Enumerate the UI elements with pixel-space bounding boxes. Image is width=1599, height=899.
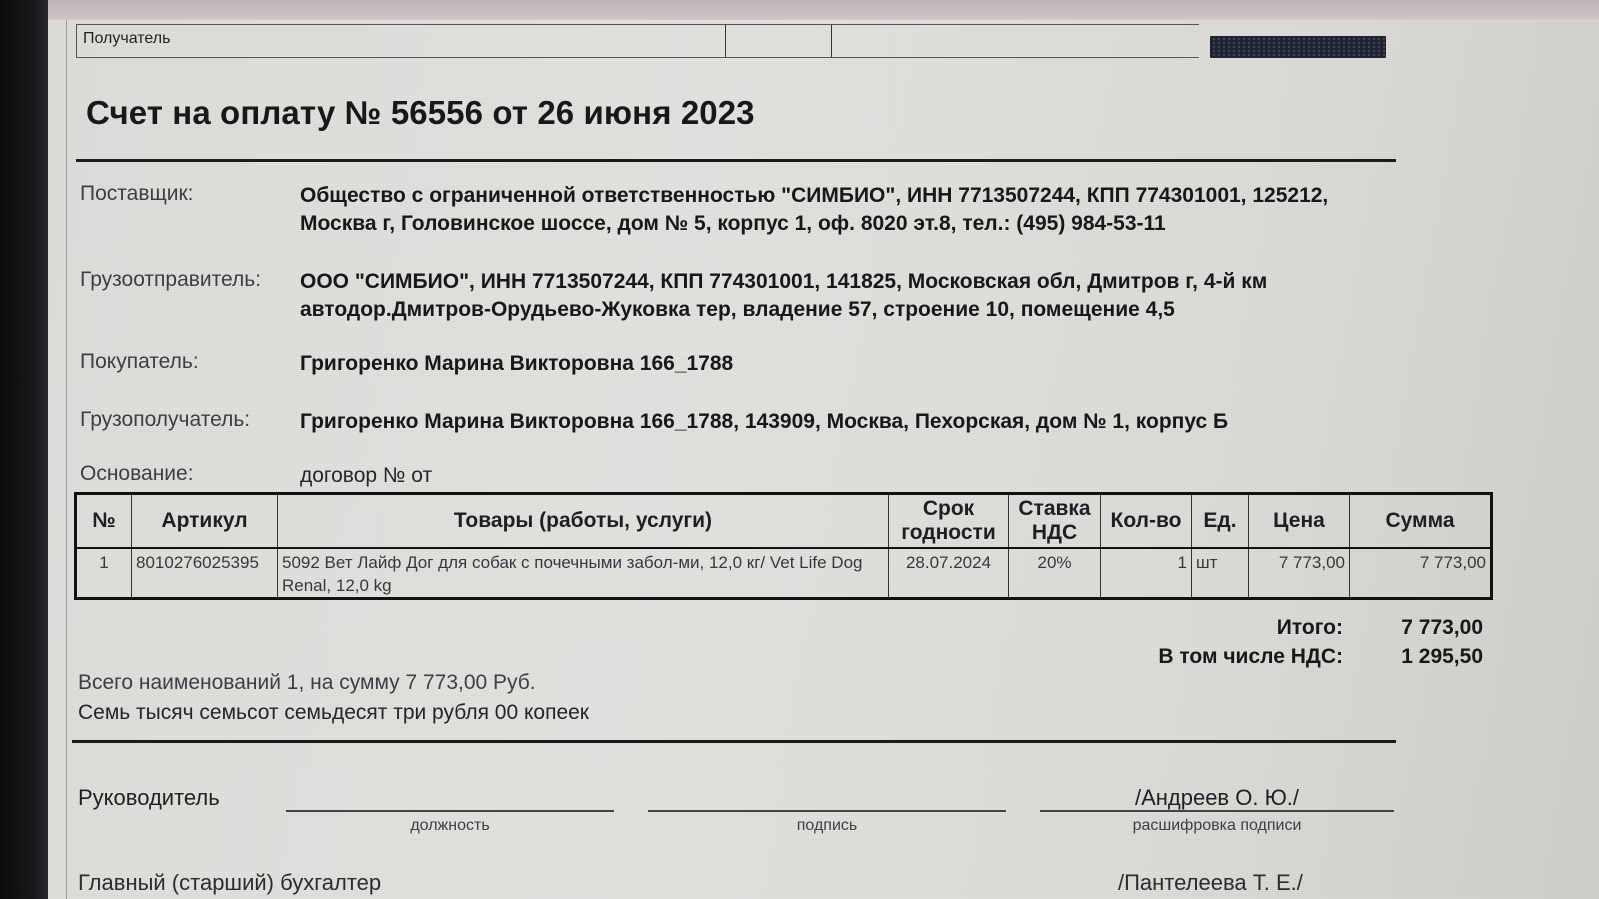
buyer-value: Григоренко Марина Викторовна 166_1788 (300, 350, 733, 378)
basis-value: договор № от (300, 462, 432, 490)
supplier-line-2: Москва г, Головинское шоссе, дом № 5, ко… (300, 210, 1328, 238)
recipient-cell: Получатель (77, 25, 726, 57)
recipient-label: Получатель (83, 30, 170, 48)
col-header-vat: Ставка НДС (1009, 494, 1101, 549)
vat-value: 1 295,50 (1348, 645, 1483, 675)
table-header-row: № Артикул Товары (работы, услуги) Срок г… (76, 494, 1492, 549)
summary-divider (72, 740, 1396, 743)
recipient-cell-2 (725, 25, 832, 57)
cell-price: 7 773,00 (1249, 548, 1350, 599)
col-header-price: Цена (1249, 494, 1350, 549)
total-row: Итого: (1048, 616, 1343, 646)
cell-sku: 8010276025395 (132, 548, 278, 599)
invoice-title: Счет на оплату № 56556 от 26 июня 2023 (86, 94, 755, 132)
signature-caption: подпись (648, 817, 1006, 835)
consignee-value: Григоренко Марина Викторовна 166_1788, 1… (300, 408, 1228, 436)
total-value: 7 773,00 (1348, 616, 1483, 646)
viewer-top-strip (48, 0, 1599, 21)
col-header-num: № (76, 494, 132, 549)
cell-expiry: 28.07.2024 (889, 548, 1009, 599)
invoice-page: Получатель Счет на оплату № 56556 от 26 … (48, 20, 1599, 899)
items-count-summary: Всего наименований 1, на сумму 7 773,00 … (78, 671, 536, 695)
shipper-field: Грузоотправитель: ООО "СИМБИО", ИНН 7713… (80, 268, 1410, 328)
items-table: № Артикул Товары (работы, услуги) Срок г… (74, 492, 1493, 600)
accountant-label: Главный (старший) бухгалтер (78, 870, 381, 896)
recipient-cell-3 (831, 25, 1199, 57)
cell-vat: 20% (1009, 548, 1101, 599)
col-header-sku: Артикул (132, 494, 278, 549)
total-label: Итого: (1277, 616, 1343, 640)
accountant-name: /Пантелеева Т. Е./ (1118, 870, 1303, 896)
basis-field: Основание: договор № от (80, 462, 1410, 492)
supplier-line-1: Общество с ограниченной ответственностью… (300, 182, 1328, 210)
shipper-value: ООО "СИМБИО", ИНН 7713507244, КПП 774301… (300, 268, 1267, 324)
page-margin-rule (66, 20, 67, 899)
supplier-field: Поставщик: Общество с ограниченной ответ… (80, 182, 1410, 242)
monitor-bezel (0, 0, 48, 899)
buyer-label: Покупатель: (80, 350, 300, 374)
position-line (286, 810, 614, 812)
cell-sum: 7 773,00 (1350, 548, 1492, 599)
shipper-line-2: автодор.Дмитров-Орудьево-Жуковка тер, вл… (300, 296, 1267, 324)
consignee-field: Грузополучатель: Григоренко Марина Викто… (80, 408, 1410, 438)
col-header-item: Товары (работы, услуги) (278, 494, 889, 549)
cell-unit: шт (1192, 548, 1249, 599)
shipper-line-1: ООО "СИМБИО", ИНН 7713507244, КПП 774301… (300, 268, 1267, 296)
basis-label: Основание: (80, 462, 300, 486)
director-name: /Андреев О. Ю./ (1040, 785, 1394, 811)
decode-caption: расшифровка подписи (1040, 817, 1394, 835)
title-divider (76, 159, 1396, 162)
consignee-label: Грузополучатель: (80, 408, 300, 432)
signature-line (648, 810, 1006, 812)
vat-label: В том числе НДС: (1158, 645, 1343, 669)
cell-qty: 1 (1101, 548, 1192, 599)
recipient-header-box: Получатель (76, 24, 1199, 58)
col-header-sum: Сумма (1350, 494, 1492, 549)
vat-row: В том числе НДС: (1048, 645, 1343, 675)
col-header-qty: Кол-во (1101, 494, 1192, 549)
table-row: 1 8010276025395 5092 Вет Лайф Дог для со… (76, 548, 1492, 599)
buyer-field: Покупатель: Григоренко Марина Викторовна… (80, 350, 1410, 380)
col-header-unit: Ед. (1192, 494, 1249, 549)
supplier-value: Общество с ограниченной ответственностью… (300, 182, 1328, 238)
qr-code-icon (1210, 36, 1386, 58)
cell-item: 5092 Вет Лайф Дог для собак с почечными … (278, 548, 889, 599)
decode-line (1040, 810, 1394, 812)
position-caption: должность (286, 817, 614, 835)
director-label: Руководитель (78, 785, 220, 811)
shipper-label: Грузоотправитель: (80, 268, 300, 292)
col-header-expiry: Срок годности (889, 494, 1009, 549)
cell-num: 1 (76, 548, 132, 599)
supplier-label: Поставщик: (80, 182, 300, 206)
amount-in-words: Семь тысяч семьсот семьдесят три рубля 0… (78, 701, 589, 725)
